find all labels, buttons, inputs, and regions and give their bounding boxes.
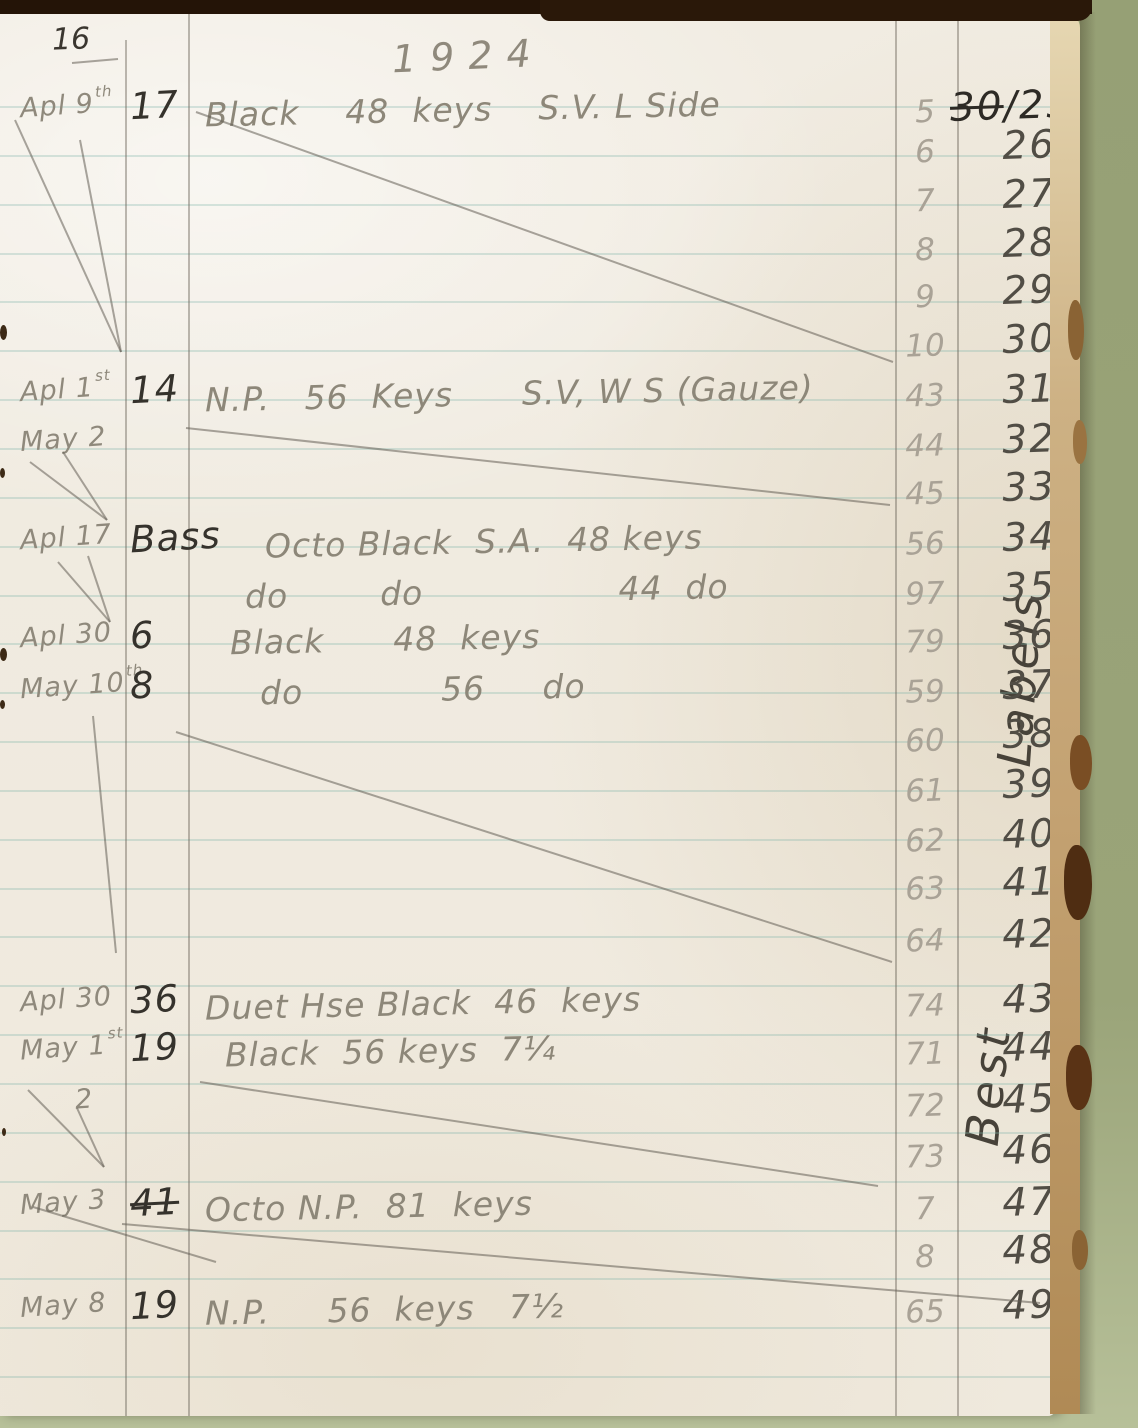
entry-quantity: 8 xyxy=(129,663,156,707)
entry-date: Apl 17 xyxy=(19,519,113,556)
label-number: 36 xyxy=(949,612,1057,661)
batch-number: 45 xyxy=(896,475,953,513)
left-edge-tear xyxy=(2,1128,6,1136)
label-number-text: 32 xyxy=(1002,416,1057,463)
column-rule xyxy=(188,10,190,1416)
label-number-text: 43 xyxy=(1002,976,1057,1023)
label-number-text: 35 xyxy=(1002,564,1057,611)
entry-date-text: May 1 xyxy=(19,1030,108,1067)
label-number: 35 xyxy=(949,564,1057,613)
edge-wear-mark xyxy=(1064,845,1092,920)
batch-number: 61 xyxy=(896,772,953,810)
batch-number: 59 xyxy=(896,673,953,711)
entry-quantity: 19 xyxy=(129,1025,180,1071)
label-number-text: 44 xyxy=(1002,1024,1057,1071)
edge-wear-mark xyxy=(1070,735,1092,790)
label-number-text: 34 xyxy=(1002,514,1057,561)
entry-date: May 2 xyxy=(19,421,108,458)
batch-number: 5 xyxy=(896,93,953,131)
label-number-text: 41 xyxy=(1002,859,1057,906)
left-edge-tear xyxy=(0,468,5,478)
label-number-text: 29 xyxy=(1002,267,1057,314)
label-number: 48 xyxy=(949,1227,1057,1276)
ruled-line xyxy=(0,1132,1056,1134)
column-rule xyxy=(125,40,127,1416)
left-edge-tear xyxy=(0,700,5,709)
entry-date-text: Apl 9 xyxy=(19,88,95,124)
batch-number: 43 xyxy=(896,377,953,415)
label-number: 47 xyxy=(949,1179,1057,1228)
entry-description: do do 44 do xyxy=(245,567,729,616)
label-number: 43 xyxy=(949,976,1057,1025)
label-number-text: 28 xyxy=(1002,220,1057,267)
label-number: 26 xyxy=(949,122,1057,171)
label-number-text: 48 xyxy=(1002,1227,1057,1274)
entry-date-text: 2 xyxy=(74,1083,94,1115)
label-number: 49 xyxy=(949,1282,1057,1331)
label-number: 30 xyxy=(949,316,1057,365)
left-edge-tear xyxy=(0,325,7,340)
batch-number: 8 xyxy=(896,231,953,269)
batch-number: 62 xyxy=(896,822,953,860)
entry-quantity: Bass xyxy=(129,514,222,562)
entry-description: Black 48 keys S.V. L Side xyxy=(205,85,721,135)
batch-number: 7 xyxy=(896,182,953,220)
label-number: 29 xyxy=(949,267,1057,316)
entry-date: Apl 9th xyxy=(19,87,114,124)
entry-quantity: 41 xyxy=(129,1180,180,1226)
label-number-text: 31 xyxy=(1002,366,1057,413)
label-number: 40 xyxy=(949,811,1057,860)
edge-shadow xyxy=(1080,12,1096,1414)
batch-number: 60 xyxy=(896,722,953,760)
label-number: 41 xyxy=(949,859,1057,908)
edge-wear-mark xyxy=(1072,1230,1088,1270)
scanned-ledger-page: 16 1924 Labels Best Apl 9th17Black 48 ke… xyxy=(0,0,1138,1428)
label-number-text: 36 xyxy=(1002,612,1057,659)
batch-number: 6 xyxy=(896,133,953,171)
label-number: 37 xyxy=(949,662,1057,711)
paper-sheet: 16 1924 Labels Best Apl 9th17Black 48 ke… xyxy=(0,10,1056,1416)
entry-date-text: Apl 30 xyxy=(19,617,113,654)
ruled-line xyxy=(0,1230,1056,1232)
entry-date-text: Apl 30 xyxy=(19,981,113,1018)
edge-wear-mark xyxy=(1068,300,1084,360)
entry-description: Octo Black S.A. 48 keys xyxy=(265,517,703,565)
batch-number: 63 xyxy=(896,870,953,908)
entry-date: May 1st xyxy=(19,1028,125,1066)
batch-number: 74 xyxy=(896,987,953,1025)
date-ordinal-suffix: th xyxy=(94,82,113,101)
label-number: 32 xyxy=(949,416,1057,465)
entry-quantity: 19 xyxy=(129,1283,180,1329)
entry-description: N.P. 56 keys 7½ xyxy=(205,1286,565,1333)
entry-quantity: 14 xyxy=(129,367,180,413)
page-number: 16 xyxy=(51,21,90,57)
edge-wear-mark xyxy=(1073,420,1087,464)
label-number: 34 xyxy=(949,514,1057,563)
entry-quantity: 17 xyxy=(129,83,180,129)
year-heading: 1924 xyxy=(391,31,545,82)
batch-number: 72 xyxy=(896,1087,953,1125)
page-block-edge xyxy=(1050,12,1080,1414)
entry-date: 2 xyxy=(74,1083,94,1115)
entry-date: Apl 30 xyxy=(19,617,113,654)
label-number-text: 46 xyxy=(1002,1127,1057,1174)
edge-wear-mark xyxy=(1066,1045,1092,1110)
batch-number: 7 xyxy=(896,1190,953,1228)
label-number-text: 40 xyxy=(1002,811,1057,858)
entry-description: Octo N.P. 81 keys xyxy=(205,1184,534,1230)
batch-number: 8 xyxy=(896,1238,953,1276)
label-number: 42 xyxy=(949,911,1057,960)
label-number: 44 xyxy=(949,1024,1057,1073)
ruled-line xyxy=(0,1376,1056,1378)
entry-description: do 56 do xyxy=(260,667,586,713)
label-number-text: 27 xyxy=(1002,171,1057,218)
batch-number: 65 xyxy=(896,1293,953,1331)
label-number: 46 xyxy=(949,1127,1057,1176)
date-ordinal-suffix: st xyxy=(94,366,111,385)
label-number-text: 47 xyxy=(1002,1179,1057,1226)
entry-date-text: May 3 xyxy=(19,1184,108,1221)
entry-date: Apl 30 xyxy=(19,981,113,1018)
label-number-text: 26 xyxy=(1002,122,1057,169)
entry-date-text: May 2 xyxy=(19,421,108,458)
label-number-text: 45 xyxy=(1002,1076,1057,1123)
label-number: 45 xyxy=(949,1076,1057,1125)
entry-date-text: Apl 17 xyxy=(19,519,113,556)
batch-number: 97 xyxy=(896,575,953,613)
batch-number: 56 xyxy=(896,525,953,563)
label-number: 27 xyxy=(949,171,1057,220)
label-number: 33 xyxy=(949,464,1057,513)
entry-quantity: 6 xyxy=(129,613,156,657)
label-number: 28 xyxy=(949,220,1057,269)
batch-number: 64 xyxy=(896,922,953,960)
batch-number: 71 xyxy=(896,1035,953,1073)
label-number-text: 42 xyxy=(1002,911,1057,958)
batch-number: 9 xyxy=(896,278,953,316)
entry-date: May 8 xyxy=(19,1287,108,1324)
batch-number: 44 xyxy=(896,427,953,465)
batch-number: 73 xyxy=(896,1138,953,1176)
label-number-text: 38 xyxy=(1002,711,1057,758)
entry-date-text: May 10 xyxy=(19,667,126,705)
label-number-text: 33 xyxy=(1002,464,1057,511)
entry-date-text: Apl 1 xyxy=(19,372,95,408)
left-edge-tear xyxy=(0,648,7,661)
label-number-text: 49 xyxy=(1002,1282,1057,1329)
entry-date: Apl 1st xyxy=(19,371,113,408)
entry-date-text: May 8 xyxy=(19,1287,108,1324)
label-number-text: 30 xyxy=(1002,316,1057,363)
book-gutter-shadow xyxy=(540,0,1092,21)
batch-number: 10 xyxy=(896,327,953,365)
date-ordinal-suffix: st xyxy=(107,1023,124,1042)
label-number: 38 xyxy=(949,711,1057,760)
entry-date: May 3 xyxy=(19,1184,108,1221)
entry-description: N.P. 56 Keys S.V, W S (Gauze) xyxy=(205,368,814,420)
label-number-text: 39 xyxy=(1002,761,1057,808)
entry-description: Duet Hse Black 46 keys xyxy=(205,979,642,1027)
batch-number: 79 xyxy=(896,623,953,661)
entry-quantity: 36 xyxy=(129,977,180,1023)
ruled-line xyxy=(0,1278,1056,1280)
ruled-line xyxy=(0,1083,1056,1085)
entry-description: Black 56 keys 7¼ xyxy=(225,1029,557,1075)
label-number-text: 37 xyxy=(1002,662,1057,709)
label-number: 39 xyxy=(949,761,1057,810)
entry-description: Black 48 keys xyxy=(230,617,541,662)
label-number: 31 xyxy=(949,366,1057,415)
